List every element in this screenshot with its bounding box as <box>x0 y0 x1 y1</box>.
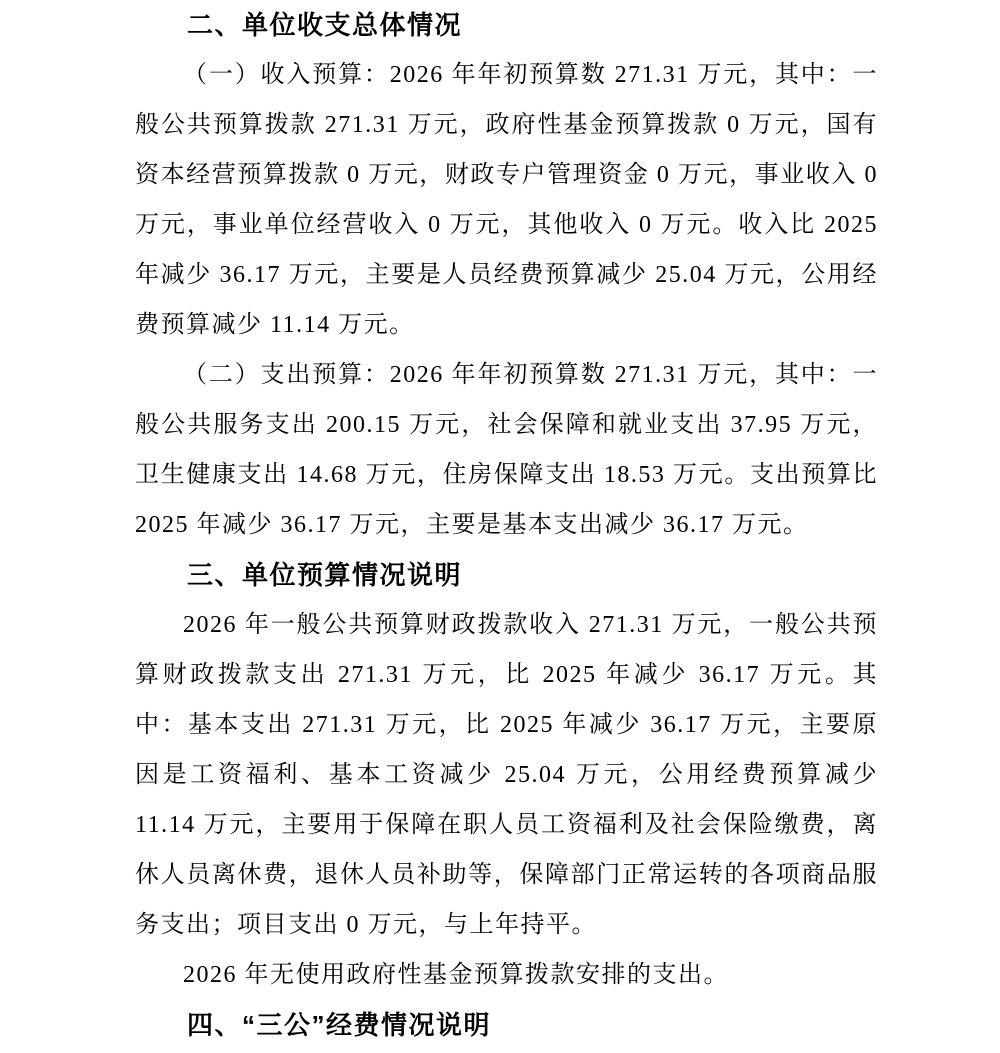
section-heading-three-public-expenses: 四、“三公”经费情况说明 <box>135 1000 878 1050</box>
document-content: 二、单位收支总体情况 （一）收入预算：2026 年年初预算数 271.31 万元… <box>135 0 878 1050</box>
document-page: 二、单位收支总体情况 （一）收入预算：2026 年年初预算数 271.31 万元… <box>0 0 1000 1053</box>
paragraph-government-fund-statement: 2026 年无使用政府性基金预算拨款安排的支出。 <box>135 950 878 1000</box>
paragraph-expenditure-budget: （二）支出预算：2026 年年初预算数 271.31 万元，其中：一般公共服务支… <box>135 350 878 550</box>
paragraph-income-budget: （一）收入预算：2026 年年初预算数 271.31 万元，其中：一般公共预算拨… <box>135 50 878 350</box>
section-heading-unit-budget-explanation: 三、单位预算情况说明 <box>135 550 878 600</box>
section-heading-unit-revenue-expenditure-overview: 二、单位收支总体情况 <box>135 0 878 50</box>
paragraph-general-public-budget-details: 2026 年一般公共预算财政拨款收入 271.31 万元，一般公共预算财政拨款支… <box>135 600 878 950</box>
